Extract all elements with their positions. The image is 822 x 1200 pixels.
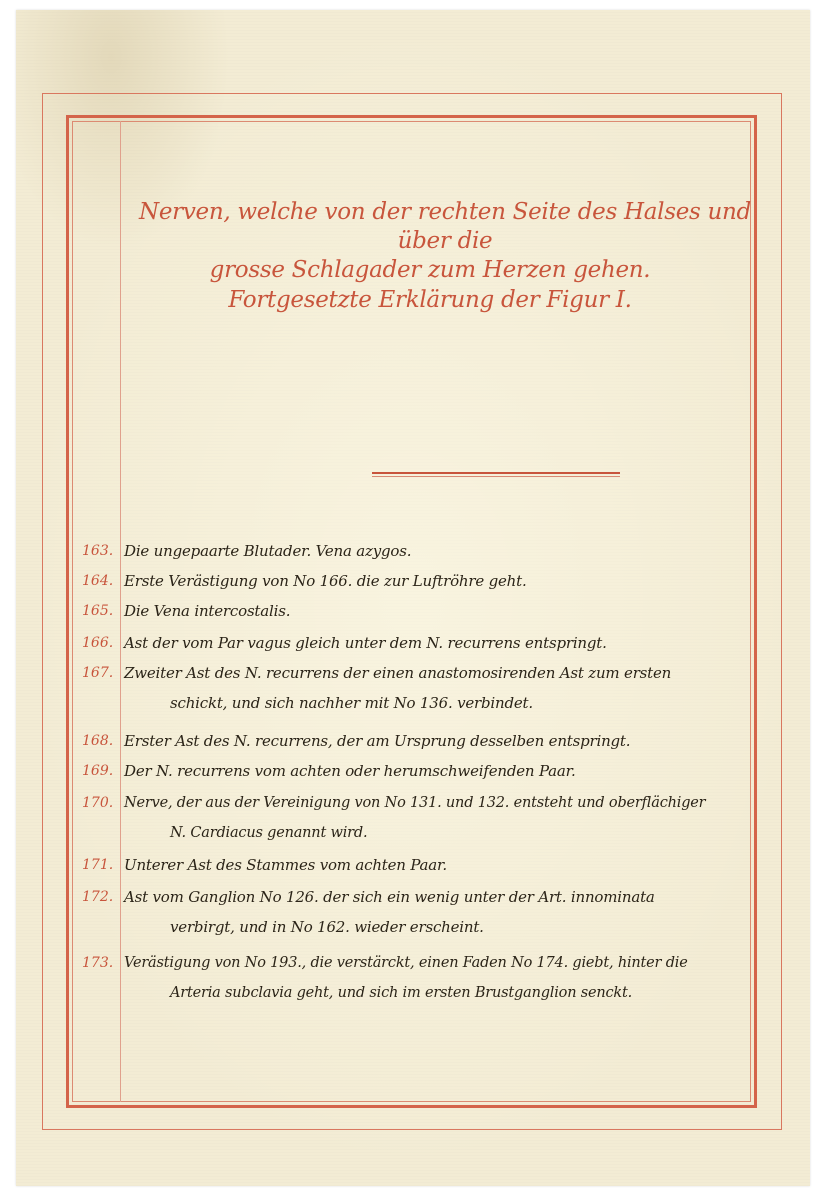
entry-text: Die Vena intercostalis. [124,596,734,626]
entry-number: 163. [82,536,120,566]
entry-text: Die ungepaarte Blutader. Vena azygos. [124,536,734,566]
title-underline [372,472,620,474]
title-underline-thin [372,476,620,477]
entry-number: 166. [82,628,120,658]
entry-text: Verästigung von No 193., die verstärckt,… [124,948,734,1008]
entry-number: 168. [82,726,120,756]
title-line-1: Nerven, welche von der rechten Seite des… [100,198,760,256]
entry-number: 172. [82,882,120,912]
entry-number: 171. [82,850,120,880]
entry-number: 173. [82,948,120,978]
entry-text: Unterer Ast des Stammes vom achten Paar. [124,850,734,880]
entry-text: Ast vom Ganglion No 126. der sich ein we… [124,882,734,942]
title-line-2: grosse Schlagader zum Herzen gehen. [100,256,760,285]
entry-text: Zweiter Ast des N. recurrens der einen a… [124,658,734,718]
entry-text: Erste Verästigung von No 166. die zur Lu… [124,566,734,596]
title-line-3: Fortgesetzte Erklärung der Figur I. [100,286,760,315]
entry-text: Ast der vom Par vagus gleich unter dem N… [124,628,734,658]
entry-number: 167. [82,658,120,688]
entry-number: 165. [82,596,120,626]
entry-text: Nerve, der aus der Vereinigung von No 13… [124,788,734,848]
entry-text: Der N. recurrens vom achten oder herumsc… [124,756,734,786]
entry-number: 169. [82,756,120,786]
entry-number: 170. [82,788,120,818]
entry-number: 164. [82,566,120,596]
page-title: Nerven, welche von der rechten Seite des… [100,150,760,315]
entry-text: Erster Ast des N. recurrens, der am Ursp… [124,726,734,756]
